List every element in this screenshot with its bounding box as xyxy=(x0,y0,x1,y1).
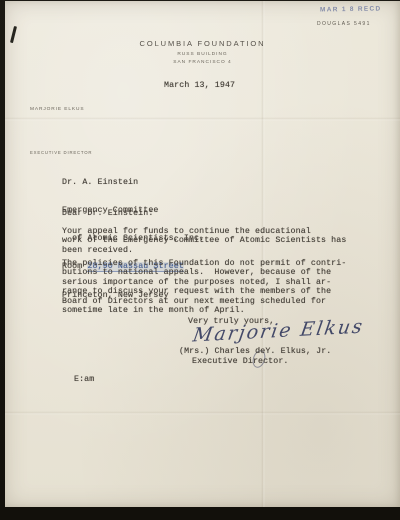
paragraph-2: The policies of this Foundation do not p… xyxy=(62,259,346,315)
letter-date: March 13, 1947 xyxy=(164,81,235,90)
letterhead-organization: COLUMBIA FOUNDATION xyxy=(5,39,400,48)
letter-paper: MAR 1 8 RECD DOUGLAS 5491 COLUMBIA FOUND… xyxy=(5,1,400,507)
signed-name: (Mrs.) Charles deY. Elkus, Jr. xyxy=(179,347,331,356)
typist-reference: E:am xyxy=(74,375,94,384)
received-stamp: MAR 1 8 RECD xyxy=(320,5,382,13)
phone-number: DOUGLAS 5491 xyxy=(317,21,371,27)
letterhead: COLUMBIA FOUNDATION RUSS BUILDING SAN FR… xyxy=(5,39,400,67)
paragraph-1: Your appeal for funds to continue the ed… xyxy=(62,227,346,255)
signed-title: Executive Director. xyxy=(192,357,289,366)
salutation: Dear Dr. Einstein: xyxy=(62,209,153,218)
sender-title: EXECUTIVE DIRECTOR xyxy=(30,150,92,155)
letterhead-building: RUSS BUILDING xyxy=(5,52,400,57)
scanned-letter: MAR 1 8 RECD DOUGLAS 5491 COLUMBIA FOUND… xyxy=(0,0,400,520)
letterhead-city: SAN FRANCISCO 4 xyxy=(5,60,400,65)
fold-crease-horizontal-bottom xyxy=(5,411,400,415)
recipient-name: Dr. A. Einstein xyxy=(62,178,204,187)
sender-name: MARJORIE ELKUS xyxy=(30,107,92,112)
